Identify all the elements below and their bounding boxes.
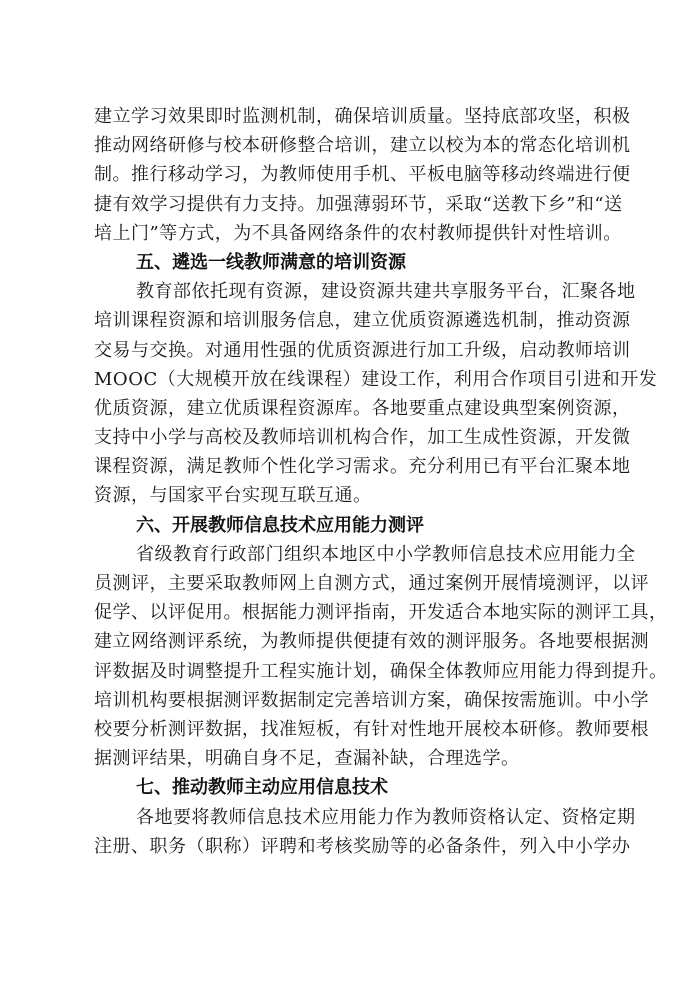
- section-heading-5: 五、遴选一线教师满意的培训资源: [94, 248, 606, 277]
- paragraph-section-6: 省级教育行政部门组织本地区中小学教师信息技术应用能力全 员测评，主要采取教师网上…: [94, 540, 606, 774]
- text-line: 培训机构要根据测评数据制定完善培训方案，确保按需施训。中小学: [94, 686, 606, 715]
- text-line: 据测评结果，明确自身不足，查漏补缺，合理选学。: [94, 744, 606, 773]
- text-line: 建立学习效果即时监测机制，确保培训质量。坚持底部攻坚，积极: [94, 102, 606, 131]
- text-line: 推动网络研修与校本研修整合培训，建立以校为本的常态化培训机: [94, 131, 606, 160]
- text-line: 资源，与国家平台实现互联互通。: [94, 481, 606, 510]
- text-line: 捷有效学习提供有力支持。加强薄弱环节，采取“送教下乡”和“送: [94, 190, 606, 219]
- text-line: 校要分析测评数据，找准短板，有针对性地开展校本研修。教师要根: [94, 715, 606, 744]
- document-page: 建立学习效果即时监测机制，确保培训质量。坚持底部攻坚，积极 推动网络研修与校本研…: [94, 102, 606, 861]
- text-line: 支持中小学与高校及教师培训机构合作，加工生成性资源，开发微: [94, 423, 606, 452]
- text-line: 促学、以评促用。根据能力测评指南，开发适合本地实际的测评工具，: [94, 598, 606, 627]
- section-heading-7: 七、推动教师主动应用信息技术: [94, 773, 606, 802]
- paragraph-section-7: 各地要将教师信息技术应用能力作为教师资格认定、资格定期 注册、职务（职称）评聘和…: [94, 803, 606, 861]
- paragraph-section-5: 教育部依托现有资源，建设资源共建共享服务平台，汇聚各地 培训课程资源和培训服务信…: [94, 277, 606, 511]
- text-line: 员测评，主要采取教师网上自测方式，通过案例开展情境测评，以评: [94, 569, 606, 598]
- text-line: 制。推行移动学习，为教师使用手机、平板电脑等移动终端进行便: [94, 160, 606, 189]
- text-line: 注册、职务（职称）评聘和考核奖励等的必备条件，列入中小学办: [94, 832, 606, 861]
- text-line: 评数据及时调整提升工程实施计划，确保全体教师应用能力得到提升。: [94, 657, 606, 686]
- paragraph-continuation: 建立学习效果即时监测机制，确保培训质量。坚持底部攻坚，积极 推动网络研修与校本研…: [94, 102, 606, 248]
- text-line: 优质资源，建立优质课程资源库。各地要重点建设典型案例资源，: [94, 394, 606, 423]
- section-heading-6: 六、开展教师信息技术应用能力测评: [94, 511, 606, 540]
- text-line: 培训课程资源和培训服务信息，建立优质资源遴选机制，推动资源: [94, 306, 606, 335]
- text-line: 培上门”等方式，为不具备网络条件的农村教师提供针对性培训。: [94, 219, 606, 248]
- text-line: 省级教育行政部门组织本地区中小学教师信息技术应用能力全: [94, 540, 606, 569]
- text-line: 交易与交换。对通用性强的优质资源进行加工升级，启动教师培训: [94, 336, 606, 365]
- text-line: MOOC（大规模开放在线课程）建设工作，利用合作项目引进和开发: [94, 365, 606, 394]
- text-line: 课程资源，满足教师个性化学习需求。充分利用已有平台汇聚本地: [94, 452, 606, 481]
- text-line: 教育部依托现有资源，建设资源共建共享服务平台，汇聚各地: [94, 277, 606, 306]
- text-line: 各地要将教师信息技术应用能力作为教师资格认定、资格定期: [94, 803, 606, 832]
- text-line: 建立网络测评系统，为教师提供便捷有效的测评服务。各地要根据测: [94, 627, 606, 656]
